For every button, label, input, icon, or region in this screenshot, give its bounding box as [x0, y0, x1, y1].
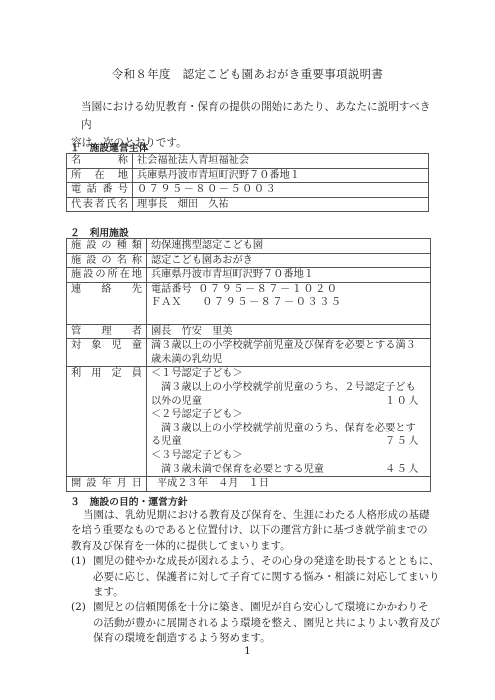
- tel-number: ０７９５－８７－１０２０: [198, 284, 338, 295]
- item-line: 園児との信頼関係を十分に築き、園児が自ら安心して環境にかかわりそ: [93, 600, 440, 615]
- table-row: 開設年月日平成２３年 ４月 １日: [67, 477, 431, 492]
- row-value: 認定こども園あおがき: [147, 253, 431, 268]
- item-number: (2): [71, 600, 93, 646]
- row-label: 開設年月日: [67, 477, 147, 492]
- row-label: 電話番号: [67, 183, 133, 198]
- row-label: 対象児童: [67, 339, 147, 367]
- section1-heading: １ 施設運営主体: [70, 140, 148, 154]
- section3-heading: ３ 施設の目的・運営方針: [70, 494, 188, 508]
- row-label: 代表者氏名: [67, 197, 133, 212]
- row-value: ０７９５－８０－５００３: [133, 183, 429, 198]
- capacity-cell: ＜１号認定子ども＞ 満３歳以上の小学校就学前児童のうち、２号認定子ども 以外の児…: [147, 367, 431, 477]
- target-line: 満３歳以上の小学校就学前児童及び保育を必要とする満３: [151, 339, 426, 353]
- row-value: 園長 竹安 里美: [147, 324, 431, 339]
- table-row: 施設の種類幼保連携型認定こども園: [67, 239, 431, 254]
- intro-line: 当園における幼児教育・保育の提供の開始にあたり、あなたに説明すべき内: [71, 98, 431, 134]
- row-label: 名 称: [67, 154, 133, 169]
- row-label: 管理者: [67, 324, 147, 339]
- capacity-count: ７５人: [385, 435, 426, 449]
- para-line: を培う重要なものであると位置付け、以下の運営方針に基づき就学前までの: [71, 523, 441, 538]
- policy-item: (2) 園児との信頼関係を十分に築き、園児が自ら安心して環境にかかわりそ の活動…: [71, 600, 441, 646]
- table-row: 代表者氏名理事長 畑田 久祐: [67, 197, 429, 212]
- operator-table: 名 称社会福祉法人青垣福祉会 所 在 地兵庫県丹波市青垣町沢野７０番地１ 電話番…: [66, 153, 429, 212]
- section3-body: 当園は、乳幼児期における教育及び保育を、生涯にわたる人格形成の基礎 を培う重要な…: [71, 508, 441, 647]
- item-line: ます。: [93, 585, 440, 600]
- table-row: 施設の名称認定こども園あおがき: [67, 253, 431, 268]
- row-value: 兵庫県丹波市青垣町沢野７０番地１: [133, 168, 429, 183]
- row-label: 施設の所在地: [67, 268, 147, 283]
- capacity-desc: 満３歳未満で保育を必要とする児童: [161, 463, 324, 477]
- para-line: 教育及び保育を一体的に提供してまいります。: [71, 539, 441, 554]
- table-row: 所 在 地兵庫県丹波市青垣町沢野７０番地１: [67, 168, 429, 183]
- policy-item: (1) 園児の健やかな成長が図れるよう、その心身の発達を助長するとともに、 必要…: [71, 554, 441, 600]
- table-row: 施設の所在地兵庫県丹波市青垣町沢野７０番地１: [67, 268, 431, 283]
- capacity-count: ４５人: [385, 463, 426, 477]
- row-value: 幼保連携型認定こども園: [147, 239, 431, 254]
- contact-cell: 電話番号 ０７９５－８７－１０２０ ＦＡＸ ０７９５－８７－０３３５: [147, 282, 431, 324]
- row-label: 施設の名称: [67, 253, 147, 268]
- row-value: 理事長 畑田 久祐: [133, 197, 429, 212]
- para-line: 当園は、乳幼児期における教育及び保育を、生涯にわたる人格形成の基礎: [71, 508, 441, 523]
- capacity-count: １０人: [385, 395, 426, 409]
- table-row: 連絡先 電話番号 ０７９５－８７－１０２０ ＦＡＸ ０７９５－８７－０３３５: [67, 282, 431, 324]
- target-line: 歳未満の乳幼児: [151, 353, 426, 367]
- item-line: の活動が豊かに展開されるよう環境を整え、園児と共によりよい教育及び: [93, 616, 440, 631]
- facility-table: 施設の種類幼保連携型認定こども園 施設の名称認定こども園あおがき 施設の所在地兵…: [66, 238, 431, 492]
- row-label: 所 在 地: [67, 168, 133, 183]
- capacity-desc: 満３歳以上の小学校就学前児童のうち、保育を必要とす: [151, 422, 426, 436]
- row-value: 満３歳以上の小学校就学前児童及び保育を必要とする満３ 歳未満の乳幼児: [147, 339, 431, 367]
- capacity-desc: 以外の児童: [151, 395, 202, 409]
- item-line: 必要に応じ、保護者に対して子育てに関する悩み・相談に対応してまいり: [93, 570, 440, 585]
- fax-number: ０７９５－８７－０３３５: [202, 297, 342, 308]
- row-value: 平成２３年 ４月 １日: [147, 477, 431, 492]
- row-label: 連絡先: [67, 282, 147, 324]
- table-row: 名 称社会福祉法人青垣福祉会: [67, 154, 429, 169]
- row-value: 兵庫県丹波市青垣町沢野７０番地１: [147, 268, 431, 283]
- capacity-group-head: ＜１号認定子ども＞: [151, 367, 426, 381]
- tel-label: 電話番号: [151, 284, 192, 295]
- table-row: 対象児童 満３歳以上の小学校就学前児童及び保育を必要とする満３ 歳未満の乳幼児: [67, 339, 431, 367]
- page-number: 1: [0, 645, 495, 657]
- row-label: 利用定員: [67, 367, 147, 477]
- capacity-group-head: ＜３号認定子ども＞: [151, 449, 426, 463]
- item-number: (1): [71, 554, 93, 600]
- table-row: 利用定員 ＜１号認定子ども＞ 満３歳以上の小学校就学前児童のうち、２号認定子ども…: [67, 367, 431, 477]
- table-row: 電話番号０７９５－８０－５００３: [67, 183, 429, 198]
- fax-label: ＦＡＸ: [151, 296, 199, 310]
- capacity-group-head: ＜２号認定子ども＞: [151, 408, 426, 422]
- capacity-desc: 満３歳以上の小学校就学前児童のうち、２号認定子ども: [151, 381, 426, 395]
- row-label: 施設の種類: [67, 239, 147, 254]
- item-line: 園児の健やかな成長が図れるよう、その心身の発達を助長するとともに、: [93, 554, 440, 569]
- capacity-desc: る児童: [151, 435, 182, 449]
- page-title: 令和８年度 認定こども園あおがき重要事項説明書: [0, 66, 495, 82]
- row-value: 社会福祉法人青垣福祉会: [133, 154, 429, 169]
- table-row: 管理者園長 竹安 里美: [67, 324, 431, 339]
- section2-heading: ２ 利用施設: [70, 225, 129, 239]
